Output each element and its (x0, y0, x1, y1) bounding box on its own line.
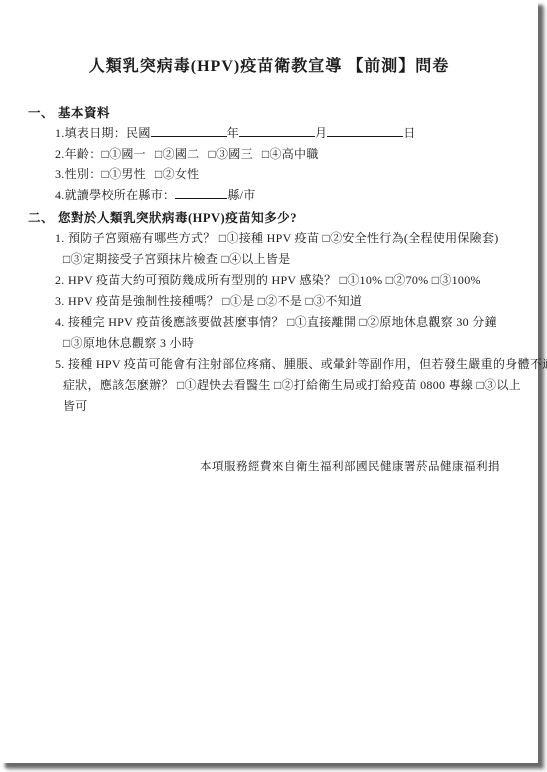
section2-heading: 二、您對於人類乳突狀病毒(HPV)疫苗知多少? (28, 208, 538, 228)
question-coverage: 2.HPV 疫苗大約可預防幾成所有型別的 HPV 感染？ □①10% □②70%… (55, 270, 538, 291)
gender-option-2: □②女性 (155, 167, 199, 181)
question-side-effects: 5.接種 HPV 疫苗可能會有注射部位疼痛、腫脹、或暈針等副作用，但若發生嚴重的… (55, 354, 538, 375)
question-number: 4. (55, 312, 68, 333)
school-suffix: 縣/市 (227, 188, 255, 202)
gender-option-1: □①男性 (102, 167, 146, 181)
school-county-blank (175, 186, 227, 199)
question-text: 預防子宮頸癌有哪些方式？ □①接種 HPV 疫苗 □②安全性行為(全程使用保險套… (68, 231, 499, 245)
age-option-1: □①國一 (102, 147, 146, 161)
question-mandatory: 3.HPV 疫苗是強制性接種嗎？ □①是 □②不是 □③不知道 (55, 291, 538, 312)
section1-title: 基本資料 (58, 106, 110, 120)
section1-heading: 一、基本資料 (28, 103, 538, 123)
age-option-4: □④高中職 (262, 147, 319, 161)
question-text: HPV 疫苗大約可預防幾成所有型別的 HPV 感染？ □①10% □②70% □… (68, 273, 481, 287)
question-prevention: 1.預防子宮頸癌有哪些方式？ □①接種 HPV 疫苗 □②安全性行為(全程使用保… (55, 228, 538, 249)
section2-title: 您對於人類乳突狀病毒(HPV)疫苗知多少? (58, 211, 297, 225)
question-side-effects-cont2: 皆可 (63, 396, 538, 417)
question-after-vaccine-cont: □③原地休息觀察 3 小時 (63, 333, 538, 354)
section1-number: 一、 (28, 103, 58, 123)
age-option-2: □②國二 (155, 147, 199, 161)
date-year-unit: 年 (227, 126, 239, 140)
question-side-effects-cont1: 症狀，應該怎麼辦？ □①趕快去看醫生 □②打給衛生局或打給疫苗 0800 專線 … (63, 375, 538, 396)
question-gender: 3.性別：□①男性□②女性 (55, 164, 538, 185)
question-text: HPV 疫苗是強制性接種嗎？ □①是 □②不是 □③不知道 (68, 294, 362, 308)
gender-label: 3.性別： (55, 167, 102, 181)
question-prevention-cont: □③定期接受子宮頸抹片檢查 □④以上皆是 (63, 249, 538, 270)
question-school: 4.就讀學校所在縣市：縣/市 (55, 185, 538, 206)
date-year-blank (151, 124, 227, 137)
question-number: 2. (55, 270, 68, 291)
question-text: 接種完 HPV 疫苗後應該要做甚麼事情？ □①直接離開 □②原地休息觀察 30 … (68, 315, 497, 329)
question-number: 3. (55, 291, 68, 312)
section2-number: 二、 (28, 208, 58, 228)
question-fill-date: 1.填表日期：民國年月日 (55, 123, 538, 144)
question-age: 2.年齡：□①國一□②國二□③國三□④高中職 (55, 144, 538, 165)
question-number: 5. (55, 354, 68, 375)
date-day-blank (327, 124, 403, 137)
page-title: 人類乳突病毒(HPV)疫苗衛教宣導 【前測】問卷 (0, 0, 538, 77)
date-label: 1.填表日期：民國 (55, 126, 151, 140)
date-month-unit: 月 (315, 126, 327, 140)
question-after-vaccine: 4.接種完 HPV 疫苗後應該要做甚麼事情？ □①直接離開 □②原地休息觀察 3… (55, 312, 538, 333)
question-text: 接種 HPV 疫苗可能會有注射部位疼痛、腫脹、或暈針等副作用，但若發生嚴重的身體… (68, 357, 547, 371)
funding-note: 本項服務經費來自衛生福利部國民健康署菸品健康福利捐 (0, 459, 500, 475)
date-day-unit: 日 (403, 126, 415, 140)
document-page: 人類乳突病毒(HPV)疫苗衛教宣導 【前測】問卷 一、基本資料 1.填表日期：民… (0, 0, 538, 763)
date-month-blank (239, 124, 315, 137)
school-label: 4.就讀學校所在縣市： (55, 188, 175, 202)
age-label: 2.年齡： (55, 147, 102, 161)
age-option-3: □③國三 (208, 147, 252, 161)
question-number: 1. (55, 228, 68, 249)
